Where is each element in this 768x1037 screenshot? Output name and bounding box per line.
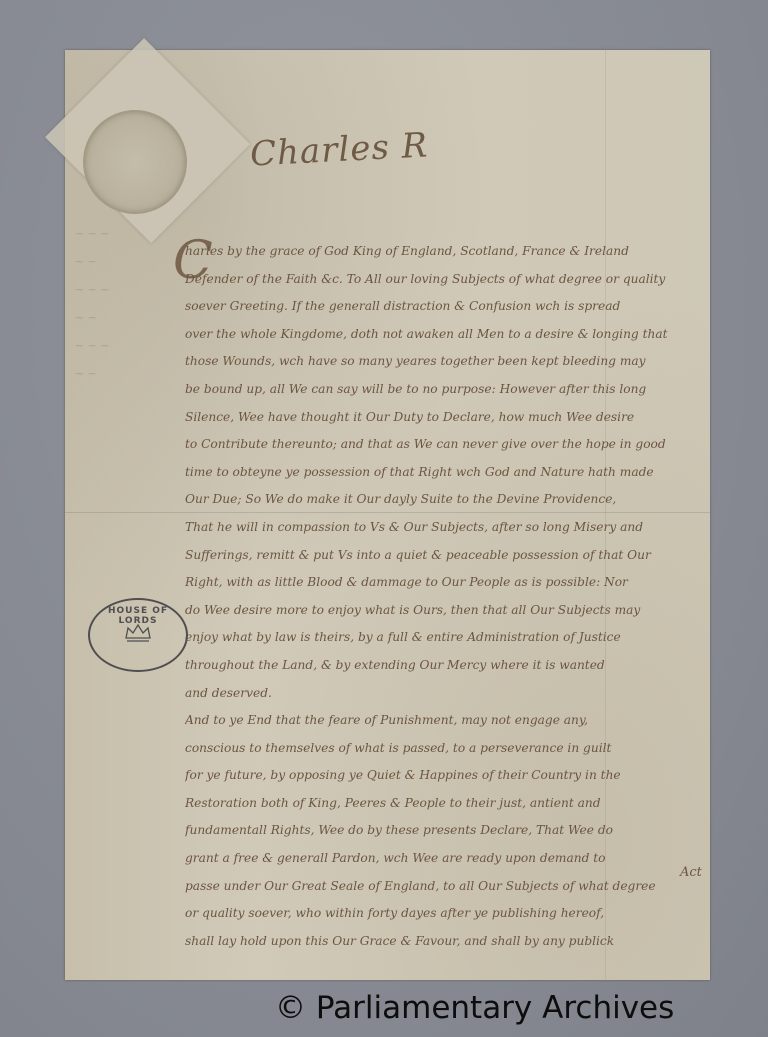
text-line: harles by the grace of God King of Engla… bbox=[185, 238, 705, 266]
text-line: Our Due; So We do make it Our dayly Suit… bbox=[185, 486, 705, 514]
wax-seal-impression bbox=[83, 110, 187, 214]
catchword: Act bbox=[680, 865, 702, 880]
text-line: Restoration both of King, Peeres & Peopl… bbox=[185, 790, 705, 818]
text-line: That he will in compassion to Vs & Our S… bbox=[185, 514, 705, 542]
text-line: to Contribute thereunto; and that as We … bbox=[185, 431, 705, 459]
text-line: passe under Our Great Seale of England, … bbox=[185, 873, 705, 901]
text-line: be bound up, all We can say will be to n… bbox=[185, 376, 705, 404]
text-line: grant a free & generall Pardon, wch Wee … bbox=[185, 845, 705, 873]
text-line: time to obteyne ye possession of that Ri… bbox=[185, 459, 705, 487]
text-line: And to ye End that the feare of Punishme… bbox=[185, 707, 705, 735]
text-line: for ye future, by opposing ye Quiet & Ha… bbox=[185, 762, 705, 790]
royal-signature: Charles R bbox=[249, 125, 429, 174]
text-line: fundamentall Rights, Wee do by these pre… bbox=[185, 817, 705, 845]
text-line: Right, with as little Blood & dammage to… bbox=[185, 569, 705, 597]
text-line: shall lay hold upon this Our Grace & Fav… bbox=[185, 928, 705, 956]
bleed-through-text: ~ ~ ~~ ~~ ~ ~~ ~~ ~ ~~ ~ bbox=[75, 220, 175, 388]
copyright-watermark: © Parliamentary Archives bbox=[275, 990, 674, 1026]
text-line: over the whole Kingdome, doth not awaken… bbox=[185, 321, 705, 349]
crown-icon bbox=[124, 622, 152, 644]
text-line: soever Greeting. If the generall distrac… bbox=[185, 293, 705, 321]
manuscript-page: ~ ~ ~~ ~~ ~ ~~ ~~ ~ ~~ ~ Charles R C har… bbox=[65, 50, 710, 980]
text-line: do Wee desire more to enjoy what is Ours… bbox=[185, 597, 705, 625]
declaration-text: harles by the grace of God King of Engla… bbox=[185, 238, 705, 955]
text-line: conscious to themselves of what is passe… bbox=[185, 735, 705, 763]
text-line: Sufferings, remitt & put Vs into a quiet… bbox=[185, 542, 705, 570]
text-line: and deserved. bbox=[185, 680, 705, 708]
text-line: enjoy what by law is theirs, by a full &… bbox=[185, 624, 705, 652]
text-line: Defender of the Faith &c. To All our lov… bbox=[185, 266, 705, 294]
text-line: Silence, Wee have thought it Our Duty to… bbox=[185, 404, 705, 432]
house-of-lords-stamp: HOUSE OF LORDS bbox=[88, 598, 188, 672]
text-line: those Wounds, wch have so many yeares to… bbox=[185, 348, 705, 376]
text-line: or quality soever, who within forty daye… bbox=[185, 900, 705, 928]
text-line: throughout the Land, & by extending Our … bbox=[185, 652, 705, 680]
